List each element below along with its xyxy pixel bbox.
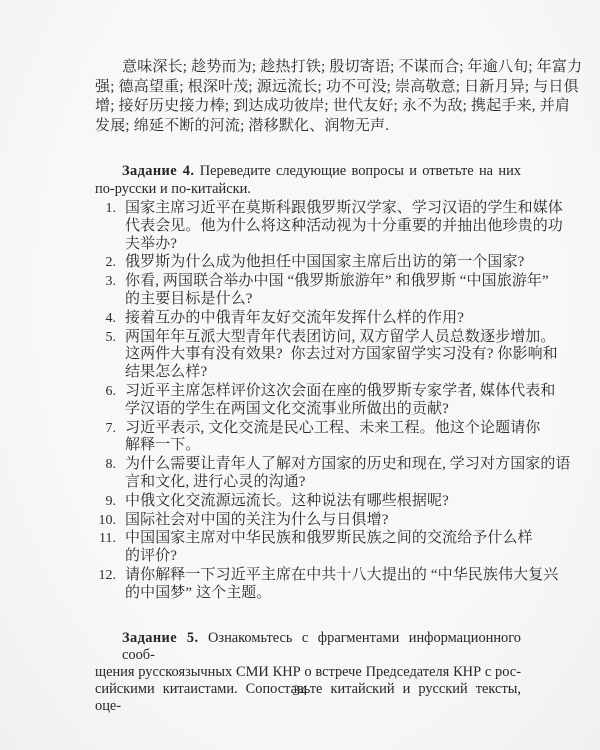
question-list: 1. 国家主席习近平在莫斯科跟俄罗斯汉学家、学习汉语的学生和媒体 代表会见。他为…: [86, 200, 521, 603]
question-number: 2.: [86, 254, 116, 272]
question-number: 8.: [86, 456, 116, 474]
question-row: 7. 习近平表示, 文化交流是民心工程、未来工程。他这个论题请你: [86, 420, 521, 438]
question-text: 请你解释一下习近平主席在中共十八大提出的 “中华民族伟大复兴: [125, 567, 558, 585]
task4-instruction: Переведите следующие вопросы и ответьте …: [200, 163, 521, 179]
question-number: 5.: [86, 329, 116, 347]
task4-heading-paragraph: Задание 4. Переведите следующие вопросы …: [95, 162, 521, 198]
question-text: 习近平主席怎样评价这次会面在座的俄罗斯专家学者, 媒体代表和: [125, 383, 556, 401]
question-text: 接着互办的中俄青年友好交流年发挥什么样的作用?: [125, 310, 464, 328]
question-row: 学汉语的学生在两国文化交流事业所做出的贡献?: [86, 401, 521, 419]
question-text: 国际社会对中国的关注为什么与日俱增?: [125, 512, 388, 530]
question-row: 1. 国家主席习近平在莫斯科跟俄罗斯汉学家、学习汉语的学生和媒体: [86, 200, 521, 218]
question-row: 言和文化, 进行心灵的沟通?: [86, 474, 521, 492]
question-number: 7.: [86, 420, 116, 438]
question-text: 结果怎么样?: [125, 364, 207, 382]
question-row: 9. 中俄文化交流源远流长。这种说法有哪些根据呢?: [86, 493, 521, 511]
question-text: 言和文化, 进行心灵的沟通?: [125, 474, 306, 492]
question-row: 结果怎么样?: [86, 364, 521, 382]
question-number: 3.: [86, 273, 116, 291]
question-text: 解释一下。: [125, 437, 201, 455]
question-number: [86, 364, 116, 382]
page-number: 34: [0, 683, 600, 700]
question-number: 12.: [86, 567, 116, 585]
question-number: [86, 401, 116, 419]
question-number: [86, 548, 116, 566]
question-row: 5. 两国年年互派大型青年代表团访问, 双方留学人员总数逐步增加。: [86, 329, 521, 347]
task4-line-2: по-русски и по-китайски.: [95, 180, 521, 198]
question-row: 这两件大事有没有效果? 你去过对方国家留学实习没有? 你影响和: [86, 346, 521, 364]
question-row: 解释一下。: [86, 437, 521, 455]
question-text: 夫举办?: [125, 236, 177, 254]
question-number: [86, 474, 116, 492]
task4-label: Задание 4.: [122, 163, 194, 179]
task4-line-1: Задание 4. Переведите следующие вопросы …: [95, 162, 521, 180]
question-text: 的主要目标是什么?: [125, 291, 253, 309]
question-text: 两国年年互派大型青年代表团访问, 双方留学人员总数逐步增加。: [125, 329, 556, 347]
task5-label: Задание 5.: [122, 630, 199, 646]
question-row: 夫举办?: [86, 236, 521, 254]
question-row: 10. 国际社会对中国的关注为什么与日俱增?: [86, 512, 521, 530]
question-number: 1.: [86, 200, 116, 218]
question-text: 代表会见。他为什么将这种活动视为十分重要的并抽出他珍贵的功: [125, 218, 563, 236]
question-text: 国家主席习近平在莫斯科跟俄罗斯汉学家、学习汉语的学生和媒体: [125, 200, 563, 218]
question-number: [86, 291, 116, 309]
paragraph-line: 强; 德高望重; 根深叶茂; 源远流长; 功不可没; 崇高敬意; 日新月异; 与…: [95, 78, 521, 98]
question-number: [86, 437, 116, 455]
question-number: 11.: [86, 530, 116, 548]
task5-heading-paragraph: Задание 5. Ознакомьтесь с фрагментами ин…: [95, 630, 521, 716]
page-content: 意味深长; 趁势而为; 趁热打铁; 殷切寄语; 不谋而合; 年逾八旬; 年富力 …: [95, 58, 521, 716]
question-row: 8. 为什么需要让青年人了解对方国家的历史和现在, 学习对方国家的语: [86, 456, 521, 474]
paragraph-line: 发展; 绵延不断的河流; 潜移默化、润物无声.: [95, 117, 521, 137]
question-row: 6. 习近平主席怎样评价这次会面在座的俄罗斯专家学者, 媒体代表和: [86, 383, 521, 401]
question-number: 9.: [86, 493, 116, 511]
question-number: [86, 236, 116, 254]
task5-line-2: щения русскоязычных СМИ КНР о встрече Пр…: [95, 664, 521, 681]
scanned-book-page: 意味深长; 趁势而为; 趁热打铁; 殷切寄语; 不谋而合; 年逾八旬; 年富力 …: [0, 0, 600, 750]
question-text: 的中国梦” 这个主题。: [125, 585, 272, 603]
question-text: 中国国家主席对中华民族和俄罗斯民族之间的交流给予什么样: [125, 530, 533, 548]
question-text: 中俄文化交流源远流长。这种说法有哪些根据呢?: [125, 493, 449, 511]
question-text: 学汉语的学生在两国文化交流事业所做出的贡献?: [125, 401, 449, 419]
question-row: 2. 俄罗斯为什么成为他担任中国国家主席后出访的第一个国家?: [86, 254, 521, 272]
question-number: [86, 585, 116, 603]
question-row: 代表会见。他为什么将这种活动视为十分重要的并抽出他珍贵的功: [86, 218, 521, 236]
question-row: 的评价?: [86, 548, 521, 566]
task5-line-1: Задание 5. Ознакомьтесь с фрагментами ин…: [95, 630, 521, 664]
question-row: 12. 请你解释一下习近平主席在中共十八大提出的 “中华民族伟大复兴: [86, 567, 521, 585]
question-number: 4.: [86, 310, 116, 328]
paragraph-line: 意味深长; 趁势而为; 趁热打铁; 殷切寄语; 不谋而合; 年逾八旬; 年富力: [95, 58, 521, 78]
question-text: 习近平表示, 文化交流是民心工程、未来工程。他这个论题请你: [125, 420, 540, 438]
question-number: 6.: [86, 383, 116, 401]
question-row: 11. 中国国家主席对中华民族和俄罗斯民族之间的交流给予什么样: [86, 530, 521, 548]
question-row: 的主要目标是什么?: [86, 291, 521, 309]
question-row: 3. 你看, 两国联合举办中国 “俄罗斯旅游年” 和俄罗斯 “中国旅游年”: [86, 273, 521, 291]
question-text: 的评价?: [125, 548, 177, 566]
question-number: 10.: [86, 512, 116, 530]
question-text: 这两件大事有没有效果? 你去过对方国家留学实习没有? 你影响和: [125, 346, 558, 364]
paragraph-line: 增; 接好历史接力棒; 到达成功彼岸; 世代友好; 永不为敌; 携起手来, 并肩: [95, 97, 521, 117]
question-row: 的中国梦” 这个主题。: [86, 585, 521, 603]
question-number: [86, 218, 116, 236]
question-text: 俄罗斯为什么成为他担任中国国家主席后出访的第一个国家?: [125, 254, 524, 272]
question-text: 你看, 两国联合举办中国 “俄罗斯旅游年” 和俄罗斯 “中国旅游年”: [125, 273, 549, 291]
chinese-idioms-paragraph: 意味深长; 趁势而为; 趁热打铁; 殷切寄语; 不谋而合; 年逾八旬; 年富力 …: [95, 58, 521, 136]
question-row: 4. 接着互办的中俄青年友好交流年发挥什么样的作用?: [86, 310, 521, 328]
question-number: [86, 346, 116, 364]
question-text: 为什么需要让青年人了解对方国家的历史和现在, 学习对方国家的语: [125, 456, 571, 474]
